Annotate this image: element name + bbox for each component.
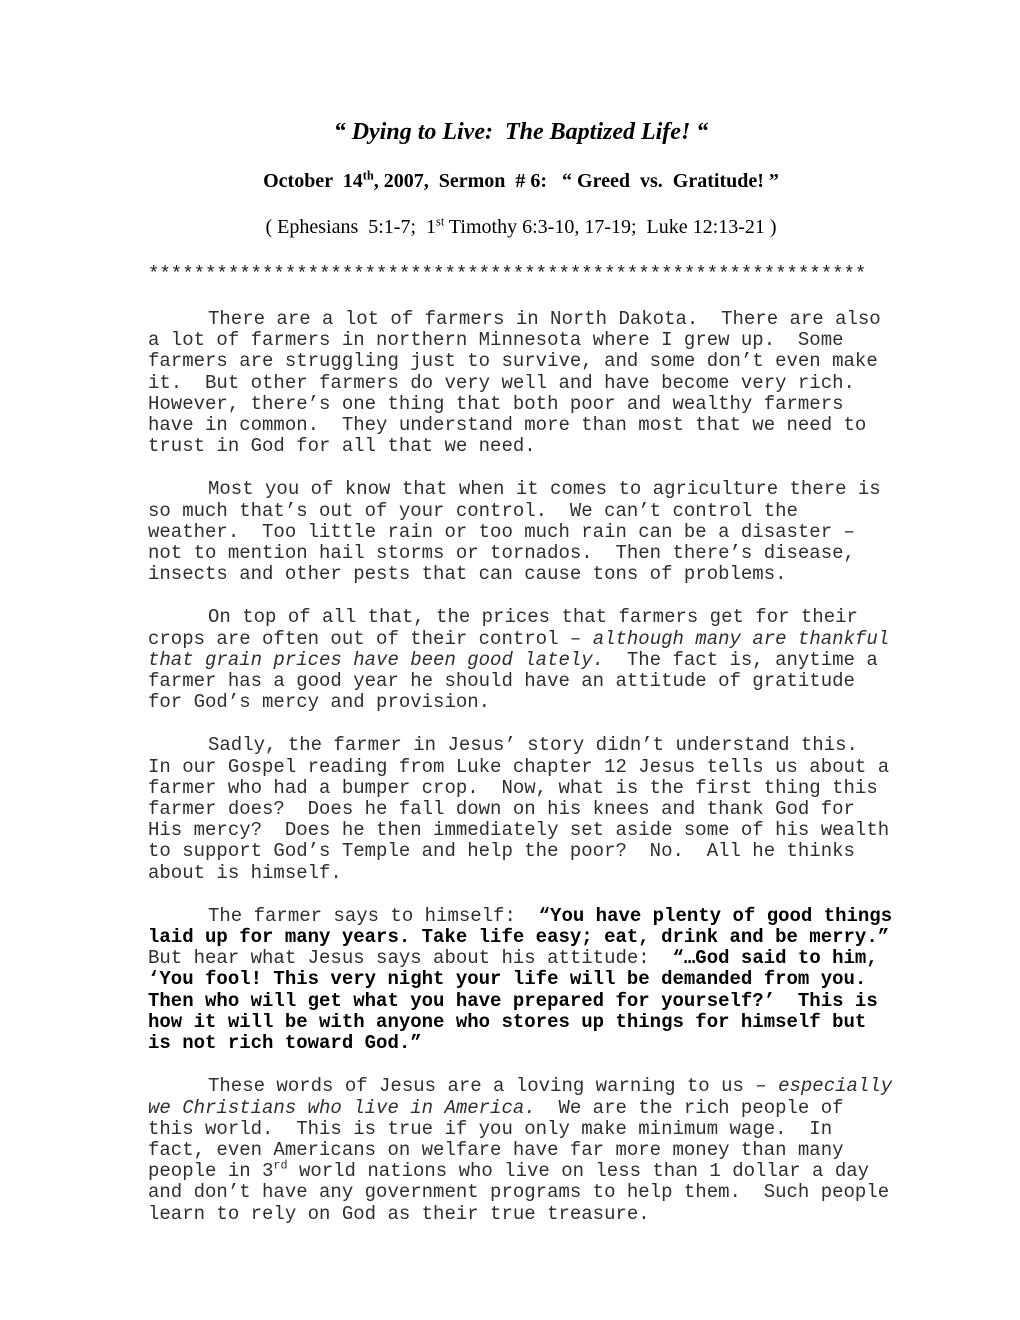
scripture-references: ( Ephesians 5:1-7; 1st Timothy 6:3-10, 1… <box>148 215 894 239</box>
sermon-title: “ Dying to Live: The Baptized Life! “ <box>148 118 894 146</box>
paragraph-2: Most you of know that when it comes to a… <box>148 479 896 585</box>
text-run: Most you of know that when it comes to a… <box>148 478 881 585</box>
text-run: These words of Jesus are a loving warnin… <box>208 1075 778 1097</box>
text-run: The farmer says to himself: <box>208 905 539 927</box>
text-run: But hear what Jesus says about his attit… <box>148 947 673 969</box>
asterisk-separator: ****************************************… <box>148 263 894 285</box>
document-page: “ Dying to Live: The Baptized Life! “ Oc… <box>0 0 1020 1320</box>
text-run: “ Dying to Live: The Baptized Life! “ <box>334 119 709 145</box>
text-run: , 2007, Sermon # 6: “ Greed vs. Gratitud… <box>374 170 779 192</box>
text-run: ( Ephesians 5:1-7; 1 <box>265 216 436 238</box>
text-run: There are a lot of farmers in North Dako… <box>148 308 881 457</box>
paragraph-5: The farmer says to himself: “You have pl… <box>148 906 896 1054</box>
paragraph-6: These words of Jesus are a loving warnin… <box>148 1076 896 1224</box>
text-run: th <box>363 168 374 182</box>
text-run: Timothy 6:3-10, 17-19; Luke 12:13-21 ) <box>444 216 776 238</box>
text-run: Sadly, the farmer in Jesus’ story didn’t… <box>148 734 889 883</box>
sermon-date-line: October 14th, 2007, Sermon # 6: “ Greed … <box>148 169 894 193</box>
paragraph-1: There are a lot of farmers in North Dako… <box>148 309 896 457</box>
text-run: rd <box>273 1159 287 1173</box>
sermon-body: There are a lot of farmers in North Dako… <box>148 309 896 1225</box>
paragraph-4: Sadly, the farmer in Jesus’ story didn’t… <box>148 735 896 883</box>
text-run: October 14 <box>263 170 363 192</box>
paragraph-3: On top of all that, the prices that farm… <box>148 607 896 713</box>
